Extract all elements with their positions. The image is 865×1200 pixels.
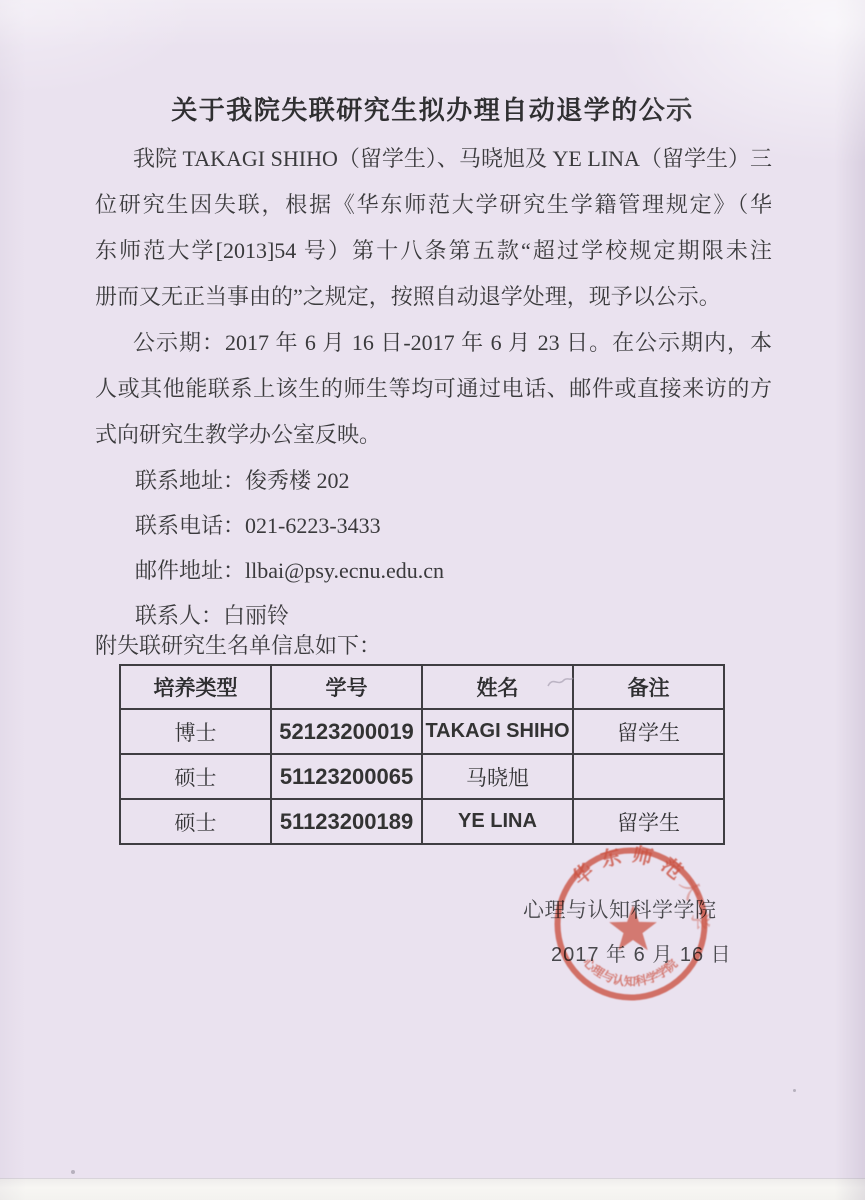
cell-name: YE LINA bbox=[422, 799, 573, 844]
header-remark: 备注 bbox=[573, 665, 724, 709]
table-row: 硕士 51123200065 马晓旭 bbox=[120, 754, 724, 799]
missing-students-table: 培养类型 学号 姓名 备注 博士 52123200019 TAKAGI SHIH… bbox=[119, 664, 725, 845]
svg-text:华东师范: 华东师范 bbox=[568, 842, 695, 890]
contact-phone: 联系电话：021-6223-3433 bbox=[95, 503, 772, 548]
signature-date: 2017 年 6 月 16 日 bbox=[551, 938, 732, 967]
paragraph-2-line-2: 人或其他能联系上该生的师生等均可通过电话、邮件或直接来访的方 bbox=[95, 366, 772, 412]
cell-training-type: 硕士 bbox=[120, 754, 271, 799]
cell-student-id: 51123200065 bbox=[271, 754, 422, 799]
contact-info: 联系地址：俊秀楼 202 联系电话：021-6223-3433 邮件地址：llb… bbox=[95, 458, 772, 638]
attachment-note: 附失联研究生名单信息如下： bbox=[95, 623, 772, 669]
paragraph-1-line-1: 我院 TAKAGI SHIHO（留学生）、马晓旭及 YE LINA（留学生）三 bbox=[95, 136, 772, 182]
cell-student-id: 51123200189 bbox=[271, 799, 422, 844]
contact-email: 邮件地址：llbai@psy.ecnu.edu.cn bbox=[95, 548, 772, 593]
table-header-row: 培养类型 学号 姓名 备注 bbox=[120, 665, 724, 709]
paragraph-2-line-3: 式向研究生教学办公室反映。 bbox=[95, 412, 772, 458]
cell-remark: 留学生 bbox=[573, 799, 724, 844]
scan-speck bbox=[71, 1170, 75, 1174]
paragraph-1-line-2: 位研究生因失联，根据《华东师范大学研究生学籍管理规定》（华 bbox=[95, 182, 772, 228]
signature-department: 心理与认知科学学院 bbox=[523, 894, 717, 924]
cell-name: 马晓旭 bbox=[422, 754, 573, 799]
attachment-note-text: 附失联研究生名单信息如下： bbox=[95, 623, 772, 669]
cell-training-type: 博士 bbox=[120, 709, 271, 754]
scanner-bed-edge bbox=[0, 1178, 865, 1200]
paragraph-2-line-1: 公示期：2017 年 6 月 16 日-2017 年 6 月 23 日。在公示期… bbox=[95, 320, 772, 366]
cell-name: TAKAGI SHIHO bbox=[422, 709, 573, 754]
header-student-id: 学号 bbox=[271, 665, 422, 709]
cell-remark bbox=[573, 754, 724, 799]
table-row: 硕士 51123200189 YE LINA 留学生 bbox=[120, 799, 724, 844]
seal-arc-text: 华东师范 bbox=[568, 842, 695, 890]
page-title: 关于我院失联研究生拟办理自动退学的公示 bbox=[0, 90, 865, 127]
seal-ring bbox=[558, 851, 705, 998]
paragraph-1: 我院 TAKAGI SHIHO（留学生）、马晓旭及 YE LINA（留学生）三 … bbox=[95, 136, 772, 320]
pencil-mark bbox=[545, 672, 575, 692]
paragraph-1-line-4: 册而又无正当事由的”之规定，按照自动退学处理，现予以公示。 bbox=[95, 274, 772, 320]
paragraph-2: 公示期：2017 年 6 月 16 日-2017 年 6 月 23 日。在公示期… bbox=[95, 320, 772, 458]
scan-speck bbox=[793, 1089, 796, 1092]
cell-training-type: 硕士 bbox=[120, 799, 271, 844]
paragraph-1-line-3: 东师范大学[2013]54 号）第十八条第五款“超过学校规定期限未注 bbox=[95, 228, 772, 274]
header-training-type: 培养类型 bbox=[120, 665, 271, 709]
cell-remark: 留学生 bbox=[573, 709, 724, 754]
table-row: 博士 52123200019 TAKAGI SHIHO 留学生 bbox=[120, 709, 724, 754]
scanned-page: 关于我院失联研究生拟办理自动退学的公示 我院 TAKAGI SHIHO（留学生）… bbox=[0, 0, 865, 1200]
cell-student-id: 52123200019 bbox=[271, 709, 422, 754]
contact-address: 联系地址：俊秀楼 202 bbox=[95, 458, 772, 503]
